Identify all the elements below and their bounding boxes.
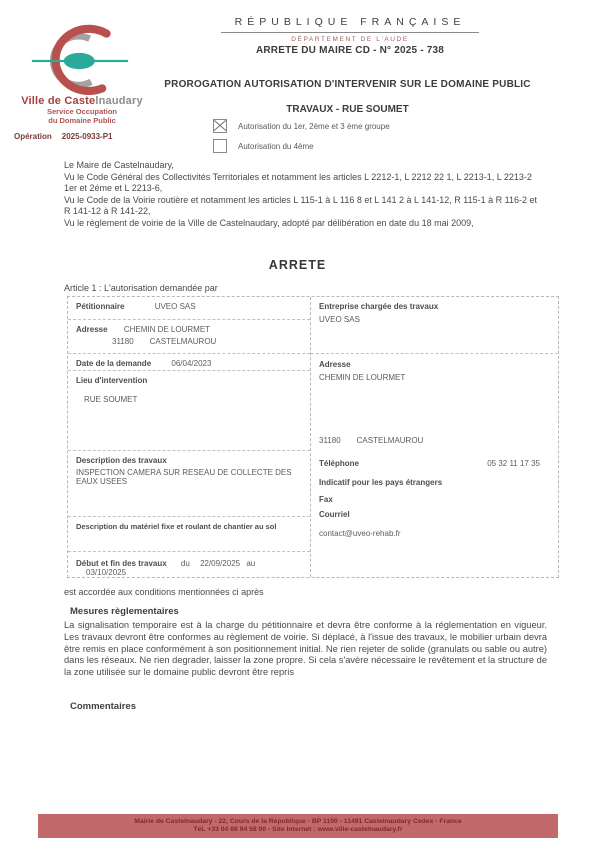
granted-conditions-line: est accordée aux conditions mentionnées … [64, 587, 264, 597]
arrete-number: ARRETE DU MAIRE CD - N° 2025 - 738 [200, 45, 500, 56]
city-swoosh-icon [30, 24, 130, 98]
city-block: Ville de Castelnaudary Service Occupatio… [6, 95, 158, 125]
document-page: Ville de Castelnaudary Service Occupatio… [0, 0, 595, 842]
header-rule [221, 32, 479, 33]
regulatory-measures-heading: Mesures règlementaires [70, 606, 179, 617]
contractor-postal-code: 31180 [319, 436, 341, 445]
preamble-line-3: Vu le Code de la Voirie routière et nota… [64, 195, 545, 218]
city-name: Ville de Castelnaudary [6, 95, 158, 107]
address-city-line: 31180CASTELMAUROU [112, 337, 304, 346]
preamble: Le Maire de Castelnaudary, Vu le Code Gé… [64, 160, 545, 230]
equipment-description-row: Description du matériel fixe et roulant … [68, 517, 310, 552]
arrete-heading: ARRETE [0, 258, 595, 272]
start-date: 22/09/2025 [200, 559, 240, 568]
request-date-value: 06/04/2023 [171, 359, 211, 368]
petitioner-row: Pétitionnaire UVEO SAS [68, 297, 310, 320]
works-description-row: Description des travaux INSPECTION CAMER… [68, 451, 310, 517]
location-value: RUE SOUMET [84, 395, 304, 404]
service-line-2: du Domaine Public [6, 116, 158, 125]
end-date: 03/10/2025 [86, 568, 126, 577]
permit-table: Pétitionnaire UVEO SAS Adresse CHEMIN DE… [67, 296, 559, 578]
castelnaudary-logo [30, 24, 130, 98]
to-word: au [246, 559, 255, 568]
petitioner-address-row: Adresse CHEMIN DE LOURMET 31180CASTELMAU… [68, 320, 310, 354]
article-1-line: Article 1 : L'autorisation demandée par [64, 283, 218, 293]
postal-code: 31180 [112, 337, 134, 346]
petitioner-label: Pétitionnaire [76, 302, 124, 311]
contractor-details: Adresse CHEMIN DE LOURMET 31180CASTELMAU… [311, 354, 558, 538]
contractor-value: UVEO SAS [319, 315, 552, 324]
service-line-1: Service Occupation [6, 107, 158, 116]
authorization-4th-row: Autorisation du 4ème [213, 139, 314, 153]
contractor-column: Entreprise chargée des travaux UVEO SAS … [311, 297, 558, 577]
city: CASTELMAUROU [150, 337, 217, 346]
location-row: Lieu d'intervention RUE SOUMET [68, 371, 310, 450]
equipment-description-label: Description du matériel fixe et roulant … [76, 522, 304, 531]
republic-header: RÉPUBLIQUE FRANÇAISE DÉPARTEMENT DE L'AU… [200, 16, 500, 56]
phone-value: 05 32 11 17 35 [487, 459, 540, 468]
works-description-value: INSPECTION CAMERA SUR RESEAU DE COLLECTE… [76, 468, 296, 486]
operation-number: Opération2025-0933-P1 [14, 132, 164, 141]
footer-contact: TéL +33 04 68 94 58 00 - Site Internet :… [38, 826, 558, 834]
regulatory-measures-text: La signalisation temporaire est à la cha… [64, 620, 547, 679]
checkbox-group-4-label: Autorisation du 4ème [238, 142, 314, 151]
document-subtitle: TRAVAUX - RUE SOUMET [150, 104, 545, 115]
comments-heading: Commentaires [70, 701, 136, 712]
preamble-line-1: Le Maire de Castelnaudary, [64, 160, 545, 172]
contractor-city: CASTELMAUROU [357, 436, 424, 445]
checkbox-group-123 [213, 119, 227, 133]
contractor-row: Entreprise chargée des travaux UVEO SAS [311, 297, 558, 354]
contractor-label: Entreprise chargée des travaux [319, 302, 552, 311]
authorization-group-row: Autorisation du 1er, 2ème et 3 ème group… [213, 119, 390, 133]
works-dates-label: Début et fin des travaux [76, 559, 167, 568]
operation-value: 2025-0933-P1 [62, 132, 113, 141]
preamble-line-4: Vu le règlement de voirie de la Ville de… [64, 218, 545, 230]
foreign-code-label: Indicatif pour les pays étrangers [319, 478, 552, 487]
fax-label: Fax [319, 495, 552, 504]
email-value: contact@uveo-rehab.fr [319, 529, 552, 538]
phone-label: Téléphone [319, 459, 359, 468]
contractor-address-label: Adresse [319, 360, 552, 369]
address-label: Adresse [76, 325, 108, 334]
works-dates-row: Début et fin des travaux du 22/09/2025 a… [68, 552, 310, 577]
request-date-label: Date de la demande [76, 359, 151, 368]
request-date-row: Date de la demande 06/04/2023 [68, 354, 310, 372]
works-description-label: Description des travaux [76, 456, 304, 465]
checkbox-group-123-label: Autorisation du 1er, 2ème et 3 ème group… [238, 122, 390, 131]
checkbox-group-4 [213, 139, 227, 153]
from-word: du [181, 559, 190, 568]
location-label: Lieu d'intervention [76, 376, 304, 385]
petitioner-value: UVEO SAS [155, 302, 196, 311]
phone-row: Téléphone 05 32 11 17 35 [319, 459, 552, 468]
address-value: CHEMIN DE LOURMET [124, 325, 210, 334]
preamble-line-2: Vu le Code Général des Collectivités Ter… [64, 172, 545, 195]
footer-bar: Mairie de Castelnaudary - 22, Cours de l… [38, 814, 558, 838]
contractor-city-line: 31180CASTELMAUROU [319, 436, 552, 445]
footer-address: Mairie de Castelnaudary - 22, Cours de l… [38, 818, 558, 826]
operation-label: Opération [14, 132, 52, 141]
document-title: PROROGATION AUTORISATION D'INTERVENIR SU… [150, 79, 545, 90]
email-label: Courriel [319, 510, 552, 519]
republique-francaise: RÉPUBLIQUE FRANÇAISE [200, 16, 500, 28]
petitioner-column: Pétitionnaire UVEO SAS Adresse CHEMIN DE… [68, 297, 311, 577]
contractor-address-value: CHEMIN DE LOURMET [319, 373, 552, 382]
departement: DÉPARTEMENT DE L'AUDE [200, 36, 500, 43]
